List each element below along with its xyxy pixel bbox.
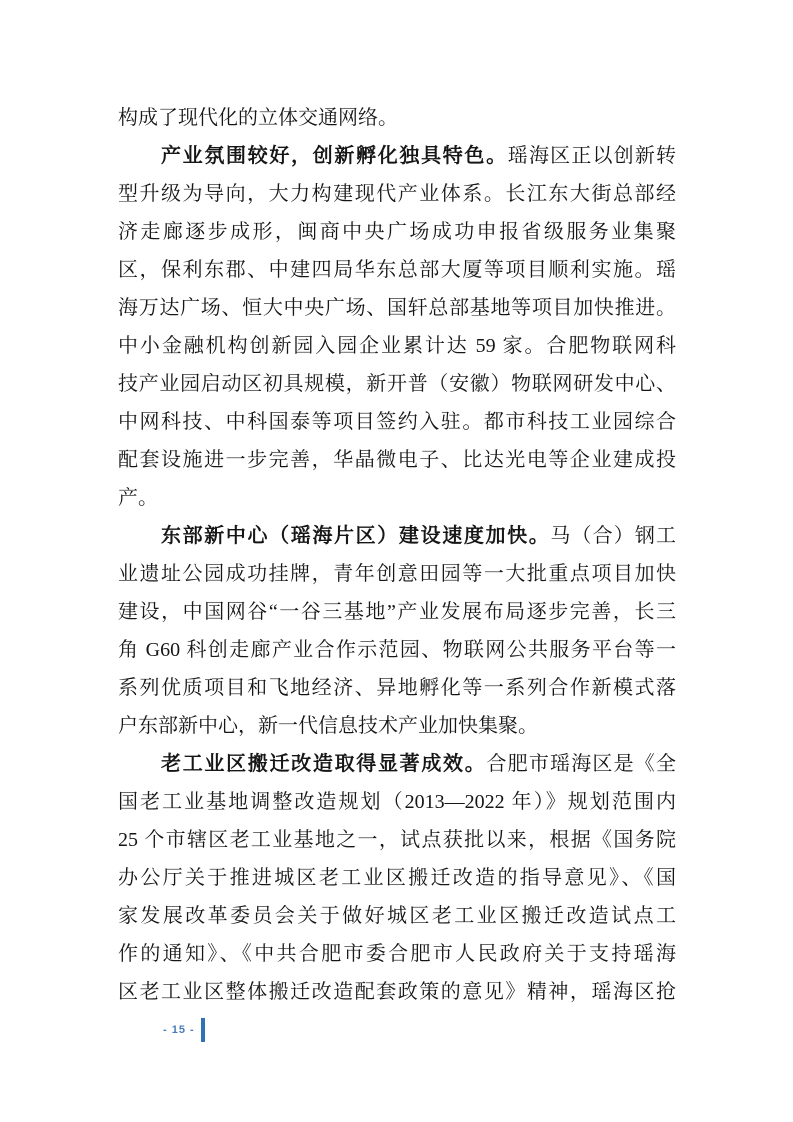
text-line: 产业氛围较好，创新孵化独具特色。瑶海区正以创新转 bbox=[118, 137, 676, 175]
text-run: 作的通知》、《中共合肥市委合肥市人民政府关于支持瑶海 bbox=[118, 943, 676, 965]
text-line: 中小金融机构创新园入园企业累计达 59 家。合肥物联网科 bbox=[118, 327, 676, 365]
text-run: 构成了现代化的立体交通网络。 bbox=[118, 107, 398, 129]
text-line: 家发展改革委员会关于做好城区老工业区搬迁改造试点工 bbox=[118, 897, 676, 935]
text-run: 区，保利东郡、中建四局华东总部大厦等项目顺利实施。瑶 bbox=[118, 259, 676, 281]
text-block: 构成了现代化的立体交通网络。产业氛围较好，创新孵化独具特色。瑶海区正以创新转型升… bbox=[118, 99, 676, 1011]
text-run: 办公厅关于推进城区老工业区搬迁改造的指导意见》、《国 bbox=[118, 867, 676, 889]
text-run: 家发展改革委员会关于做好城区老工业区搬迁改造试点工 bbox=[118, 905, 676, 927]
document-page: 构成了现代化的立体交通网络。产业氛围较好，创新孵化独具特色。瑶海区正以创新转型升… bbox=[0, 0, 793, 1122]
text-line: 系列优质项目和飞地经济、异地孵化等一系列合作新模式落 bbox=[118, 669, 676, 707]
paragraph: 构成了现代化的立体交通网络。 bbox=[118, 99, 676, 137]
text-run: 马（合）钢工 bbox=[550, 525, 676, 547]
footer-cursor-bar bbox=[201, 1018, 205, 1042]
bold-run: 东部新中心（瑶海片区）建设速度加快。 bbox=[161, 525, 550, 547]
paragraph: 老工业区搬迁改造取得显著成效。合肥市瑶海区是《全国老工业基地调整改造规划（201… bbox=[118, 745, 676, 1011]
text-line: 济走廊逐步成形，闽商中央广场成功申报省级服务业集聚 bbox=[118, 213, 676, 251]
text-run: 济走廊逐步成形，闽商中央广场成功申报省级服务业集聚 bbox=[118, 221, 676, 243]
text-run: 合肥市瑶海区是《全 bbox=[486, 753, 676, 775]
text-line: 配套设施进一步完善，华晶微电子、比达光电等企业建成投 bbox=[118, 441, 676, 479]
text-line: 作的通知》、《中共合肥市委合肥市人民政府关于支持瑶海 bbox=[118, 935, 676, 973]
text-run: 国老工业基地调整改造规划（2013—2022 年）》规划范围内 bbox=[118, 791, 676, 813]
text-line: 办公厅关于推进城区老工业区搬迁改造的指导意见》、《国 bbox=[118, 859, 676, 897]
text-run: 区老工业区整体搬迁改造配套政策的意见》精神，瑶海区抢 bbox=[118, 981, 676, 1003]
text-line: 区，保利东郡、中建四局华东总部大厦等项目顺利实施。瑶 bbox=[118, 251, 676, 289]
paragraph: 东部新中心（瑶海片区）建设速度加快。马（合）钢工业遗址公园成功挂牌，青年创意田园… bbox=[118, 517, 676, 745]
text-run: 建设，中国网谷“一谷三基地”产业发展布局逐步完善，长三 bbox=[118, 601, 676, 623]
text-line: 型升级为导向，大力构建现代产业体系。长江东大街总部经 bbox=[118, 175, 676, 213]
bold-run: 老工业区搬迁改造取得显著成效。 bbox=[161, 753, 486, 775]
text-line: 25 个市辖区老工业基地之一，试点获批以来，根据《国务院 bbox=[118, 821, 676, 859]
text-line: 老工业区搬迁改造取得显著成效。合肥市瑶海区是《全 bbox=[118, 745, 676, 783]
text-line: 海万达广场、恒大中央广场、国轩总部基地等项目加快推进。 bbox=[118, 289, 676, 327]
text-run: 产。 bbox=[118, 487, 158, 509]
text-run: 户东部新中心，新一代信息技术产业加快集聚。 bbox=[118, 715, 538, 737]
bold-run: 产业氛围较好，创新孵化独具特色。 bbox=[161, 145, 508, 167]
text-line: 区老工业区整体搬迁改造配套政策的意见》精神，瑶海区抢 bbox=[118, 973, 676, 1011]
text-run: 配套设施进一步完善，华晶微电子、比达光电等企业建成投 bbox=[118, 449, 676, 471]
text-line: 建设，中国网谷“一谷三基地”产业发展布局逐步完善，长三 bbox=[118, 593, 676, 631]
text-run: 系列优质项目和飞地经济、异地孵化等一系列合作新模式落 bbox=[118, 677, 676, 699]
text-line: 技产业园启动区初具规模，新开普（安徽）物联网研发中心、 bbox=[118, 365, 676, 403]
text-run: 型升级为导向，大力构建现代产业体系。长江东大街总部经 bbox=[118, 183, 676, 205]
text-run: 海万达广场、恒大中央广场、国轩总部基地等项目加快推进。 bbox=[118, 297, 676, 319]
text-run: 中小金融机构创新园入园企业累计达 59 家。合肥物联网科 bbox=[118, 335, 676, 357]
text-line: 户东部新中心，新一代信息技术产业加快集聚。 bbox=[118, 707, 676, 745]
text-line: 国老工业基地调整改造规划（2013—2022 年）》规划范围内 bbox=[118, 783, 676, 821]
page-footer: - 15 - bbox=[163, 1017, 205, 1043]
paragraph: 产业氛围较好，创新孵化独具特色。瑶海区正以创新转型升级为导向，大力构建现代产业体… bbox=[118, 137, 676, 517]
text-run: 25 个市辖区老工业基地之一，试点获批以来，根据《国务院 bbox=[118, 829, 676, 851]
text-line: 业遗址公园成功挂牌，青年创意田园等一大批重点项目加快 bbox=[118, 555, 676, 593]
text-line: 产。 bbox=[118, 479, 676, 517]
text-line: 东部新中心（瑶海片区）建设速度加快。马（合）钢工 bbox=[118, 517, 676, 555]
text-line: 构成了现代化的立体交通网络。 bbox=[118, 99, 676, 137]
text-run: 技产业园启动区初具规模，新开普（安徽）物联网研发中心、 bbox=[118, 373, 676, 395]
page-number: - 15 - bbox=[163, 1024, 195, 1036]
text-line: 角 G60 科创走廊产业合作示范园、物联网公共服务平台等一 bbox=[118, 631, 676, 669]
text-run: 瑶海区正以创新转 bbox=[508, 145, 676, 167]
text-run: 中网科技、中科国泰等项目签约入驻。都市科技工业园综合 bbox=[118, 411, 676, 433]
text-line: 中网科技、中科国泰等项目签约入驻。都市科技工业园综合 bbox=[118, 403, 676, 441]
text-run: 业遗址公园成功挂牌，青年创意田园等一大批重点项目加快 bbox=[118, 563, 676, 585]
text-run: 角 G60 科创走廊产业合作示范园、物联网公共服务平台等一 bbox=[118, 639, 676, 661]
